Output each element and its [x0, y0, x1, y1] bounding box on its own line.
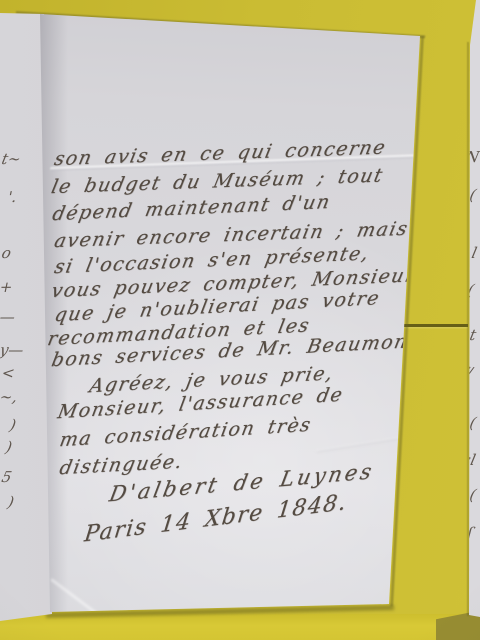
photo-of-letter: t~'.o+—y—<~,))5) N(l(tʃ/(sl(ʃ son avis e… [0, 0, 480, 640]
handwriting-fragment: — [0, 308, 17, 326]
handwriting-fragment: ) [4, 438, 14, 456]
handwriting-fragment: '. [6, 188, 19, 206]
handwriting-fragment: t [468, 326, 478, 344]
letter-body-line: le budget du Muséum ; tout [49, 164, 385, 198]
backing-seam-line [398, 324, 468, 327]
handwriting-fragment: + [0, 278, 14, 296]
handwriting-fragment: ) [8, 416, 18, 434]
letter-body-line: distinguée. [58, 451, 186, 480]
handwriting-fragment: 5 [0, 468, 13, 486]
handwriting-fragment: ( [468, 486, 478, 504]
handwriting-fragment: ( [468, 186, 478, 204]
handwriting-fragment: o [0, 244, 13, 262]
fold-crease [316, 433, 423, 453]
handwriting-fragment: t~ [0, 150, 22, 168]
right-strip-shadow [467, 42, 469, 616]
handwriting-fragment: y— [0, 341, 25, 359]
handwriting-fragment: ) [6, 493, 16, 511]
handwriting-fragment: ( [468, 414, 478, 432]
yellow-backing-bottom [0, 614, 480, 640]
handwriting-fragment: sl [461, 451, 477, 469]
handwriting-fragment: l [470, 244, 479, 262]
handwriting-fragment: ~, [0, 388, 19, 406]
handwriting-fragment: < [0, 364, 16, 382]
